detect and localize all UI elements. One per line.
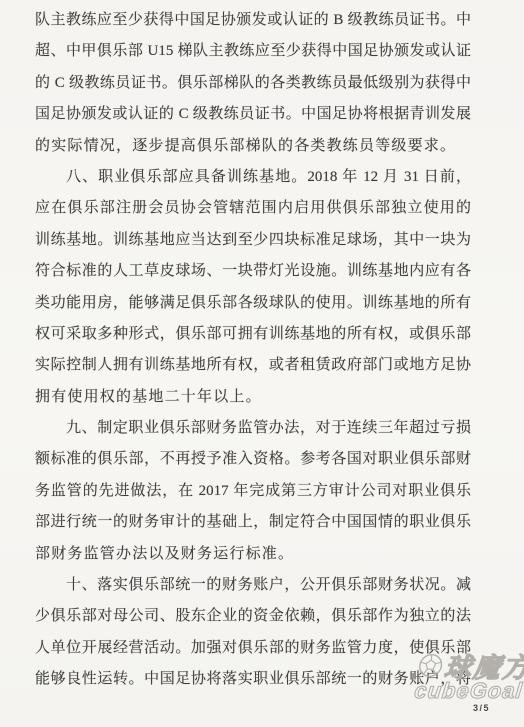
text-line: 超、中甲俱乐部 U15 梯队主教练应至少获得中国足协颁发或认证 [35, 36, 471, 67]
page-number: 3/5 [473, 703, 490, 713]
text-line: 少俱乐部对母公司、股东企业的资金依赖，俱乐部作为独立的法 [35, 601, 471, 632]
text-line: 能够良性运转。中国足协将落实职业俱乐部统一的财务账户，将 [35, 664, 471, 695]
text-line: 队主教练应至少获得中国足协颁发或认证的 B 级教练员证书。中 [35, 5, 471, 36]
text-line: 八、职业俱乐部应具备训练基地。2018 年 12 月 31 日前， [35, 162, 471, 193]
text-line: 符合标准的人工草皮球场、一块带灯光设施。训练基地内应有各 [35, 256, 471, 287]
text-line: 人单位开展经营活动。加强对俱乐部的财务监管力度，使俱乐部 [35, 633, 471, 664]
text-line: 九、制定职业俱乐部财务监管办法，对于连续三年超过亏损 [35, 413, 471, 444]
text-line: 应在俱乐部注册会员协会管辖范围内启用供俱乐部独立使用的 [35, 193, 471, 224]
text-line: 实际控制人拥有训练基地所有权，或者租赁政府部门或地方足协 [35, 350, 471, 381]
text-line: 的实际情况，逐步提高俱乐部梯队的各类教练员等级要求。 [35, 131, 471, 162]
text-block: 队主教练应至少获得中国足协颁发或认证的 B 级教练员证书。中超、中甲俱乐部 U1… [35, 5, 471, 696]
text-line: 训练基地。训练基地应当达到至少四块标准足球场，其中一块为 [35, 225, 471, 256]
text-line: 拥有使用权的基地二十年以上。 [35, 382, 471, 413]
scanned-document-page: 队主教练应至少获得中国足协颁发或认证的 B 级教练员证书。中超、中甲俱乐部 U1… [0, 0, 524, 727]
text-line: 十、落实俱乐部统一的财务账户，公开俱乐部财务状况。减 [35, 570, 471, 601]
text-line: 额标准的俱乐部，不再授予准入资格。参考各国对职业俱乐部财 [35, 444, 471, 475]
text-line: 部进行统一的财务审计的基础上，制定符合中国国情的职业俱乐 [35, 507, 471, 538]
text-line: 务监管的先进做法，在 2017 年完成第三方审计公司对职业俱乐 [35, 476, 471, 507]
text-line: 国足协颁发或认证的 C 级教练员证书。中国足协将根据青训发展 [35, 99, 471, 130]
text-line: 权可采取多种形式，俱乐部可拥有训练基地的所有权，或俱乐部 [35, 319, 471, 350]
text-line: 类功能用房，能够满足俱乐部各级球队的使用。训练基地的所有 [35, 288, 471, 319]
text-line: 部财务监管办法以及财务运行标准。 [35, 539, 471, 570]
text-line: 的 C 级教练员证书。俱乐部梯队的各类教练员最低级别为获得中 [35, 68, 471, 99]
